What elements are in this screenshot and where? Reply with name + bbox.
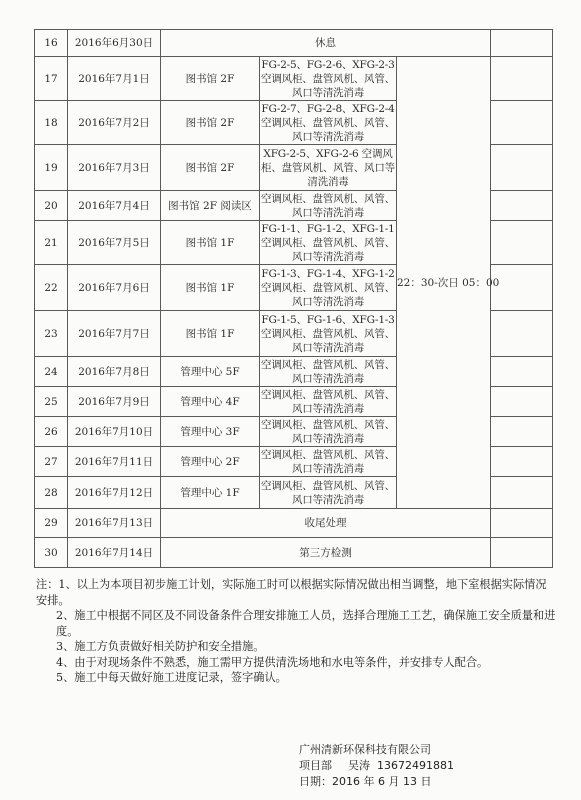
row-number: 29	[35, 509, 68, 538]
row-date: 2016年7月10日	[68, 417, 161, 447]
row-date: 2016年7月4日	[68, 191, 161, 221]
table-row: 16 2016年6月30日 休息	[35, 30, 553, 57]
row-remark-cell	[491, 477, 553, 509]
row-area: 管理中心 2F	[161, 447, 260, 477]
row-number: 18	[35, 101, 68, 145]
row-content: FG-2-7、FG-2-8、XFG-2-4 空调风柜、盘管风机、风管、风口等清洗…	[260, 101, 397, 145]
row-area: 图书馆 2F	[161, 57, 260, 101]
table-row: 17 2016年7月1日 图书馆 2F FG-2-5、FG-2-6、XFG-2-…	[35, 57, 553, 101]
row-remark-cell	[491, 357, 553, 387]
row-content: 空调风柜、盘管风机、风管、风口等清洗消毒	[260, 447, 397, 477]
row-number: 27	[35, 447, 68, 477]
row-number: 20	[35, 191, 68, 221]
note-5: 5、施工中每天做好施工进度记录，签字确认。	[36, 670, 556, 686]
row-date: 2016年7月13日	[68, 509, 161, 538]
row-area: 图书馆 2F	[161, 145, 260, 191]
row-content: 空调风柜、盘管风机、风管、风口等清洗消毒	[260, 417, 397, 447]
note-1: 注：1、以上为本项目初步施工计划，实际施工时可以根据实际情况做出相当调整，地下室…	[36, 577, 556, 608]
row-merged-task: 休息	[161, 30, 491, 57]
row-remark-cell	[491, 221, 553, 265]
row-content: FG-1-5、FG-1-6、XFG-1-3 空调风柜、盘管风机、风管、风口等清洗…	[260, 311, 397, 357]
row-remark-cell	[491, 265, 553, 311]
row-number: 17	[35, 57, 68, 101]
row-number: 25	[35, 387, 68, 417]
row-area: 管理中心 4F	[161, 387, 260, 417]
row-content: XFG-2-5、XFG-2-6 空调风柜、盘管风机、风管、风口等清洗消毒	[260, 145, 397, 191]
row-date: 2016年7月2日	[68, 101, 161, 145]
row-area: 图书馆 1F	[161, 265, 260, 311]
notes-section: 注：1、以上为本项目初步施工计划，实际施工时可以根据实际情况做出相当调整，地下室…	[36, 577, 556, 686]
row-date: 2016年7月6日	[68, 265, 161, 311]
row-date: 2016年7月7日	[68, 311, 161, 357]
table-row: 29 2016年7月13日 收尾处理	[35, 509, 553, 538]
company-name: 广州清新环保科技有限公司	[299, 742, 454, 758]
construction-schedule-table: 16 2016年6月30日 休息 17 2016年7月1日 图书馆 2F FG-…	[34, 29, 553, 568]
row-remark-cell	[491, 538, 553, 568]
row-date: 2016年7月3日	[68, 145, 161, 191]
row-number: 26	[35, 417, 68, 447]
row-date: 2016年7月14日	[68, 538, 161, 568]
row-area: 图书馆 2F	[161, 101, 260, 145]
row-area: 图书馆 1F	[161, 221, 260, 265]
contact-person: 吴涛	[348, 759, 370, 772]
row-content: 空调风柜、盘管风机、风管、风口等清洗消毒	[260, 477, 397, 509]
row-merged-task: 收尾处理	[161, 509, 491, 538]
row-date: 2016年7月12日	[68, 477, 161, 509]
row-content: 空调风柜、盘管风机、风管、风口等清洗消毒	[260, 357, 397, 387]
row-date: 2016年7月9日	[68, 387, 161, 417]
row-remark-cell	[491, 101, 553, 145]
row-content: 空调风柜、盘管风机、风管、风口等清洗消毒	[260, 387, 397, 417]
row-area: 图书馆 2F 阅读区	[161, 191, 260, 221]
row-remark-cell	[491, 57, 553, 101]
row-number: 16	[35, 30, 68, 57]
signature-block: 广州清新环保科技有限公司 项目部吴涛 13672491881 日期：2016 年…	[299, 742, 454, 790]
row-remark-cell	[491, 30, 553, 57]
table-row: 30 2016年7月14日 第三方检测	[35, 538, 553, 568]
row-date: 2016年6月30日	[68, 30, 161, 57]
row-number: 30	[35, 538, 68, 568]
row-area: 管理中心 5F	[161, 357, 260, 387]
row-date: 2016年7月5日	[68, 221, 161, 265]
work-time-cell: 22：30-次日 05：00	[397, 57, 491, 509]
row-number: 23	[35, 311, 68, 357]
row-date: 2016年7月11日	[68, 447, 161, 477]
department: 项目部	[299, 759, 332, 772]
row-number: 28	[35, 477, 68, 509]
row-date: 2016年7月1日	[68, 57, 161, 101]
row-remark-cell	[491, 145, 553, 191]
row-area: 管理中心 3F	[161, 417, 260, 447]
row-number: 19	[35, 145, 68, 191]
row-content: 空调风柜、盘管风机、风管、风口等清洗消毒	[260, 191, 397, 221]
row-area: 管理中心 1F	[161, 477, 260, 509]
row-number: 24	[35, 357, 68, 387]
row-remark-cell	[491, 509, 553, 538]
row-remark-cell	[491, 311, 553, 357]
row-area: 图书馆 1F	[161, 311, 260, 357]
note-4: 4、由于对现场条件不熟悉，施工需甲方提供清洗场地和水电等条件，并安排专人配合。	[36, 655, 556, 671]
row-content: FG-1-3、FG-1-4、XFG-1-2 空调风柜、盘管风机、风管、风口等清洗…	[260, 265, 397, 311]
row-number: 21	[35, 221, 68, 265]
note-3: 3、施工方负责做好相关防护和安全措施。	[36, 639, 556, 655]
row-remark-cell	[491, 191, 553, 221]
note-2: 2、施工中根据不同区及不同设备条件合理安排施工人员，选择合理施工工艺，确保施工安…	[36, 608, 556, 639]
row-content: FG-2-5、FG-2-6、XFG-2-3 空调风柜、盘管风机、风管、风口等清洗…	[260, 57, 397, 101]
contact-phone: 13672491881	[377, 759, 454, 772]
row-content: FG-1-1、FG-1-2、XFG-1-1 空调风柜、盘管风机、风管、风口等清洗…	[260, 221, 397, 265]
contact-line: 项目部吴涛 13672491881	[299, 758, 454, 774]
row-remark-cell	[491, 417, 553, 447]
row-number: 22	[35, 265, 68, 311]
row-merged-task: 第三方检测	[161, 538, 491, 568]
row-remark-cell	[491, 387, 553, 417]
sign-date: 日期：2016 年 6 月 13 日	[299, 774, 454, 790]
row-date: 2016年7月8日	[68, 357, 161, 387]
row-remark-cell	[491, 447, 553, 477]
